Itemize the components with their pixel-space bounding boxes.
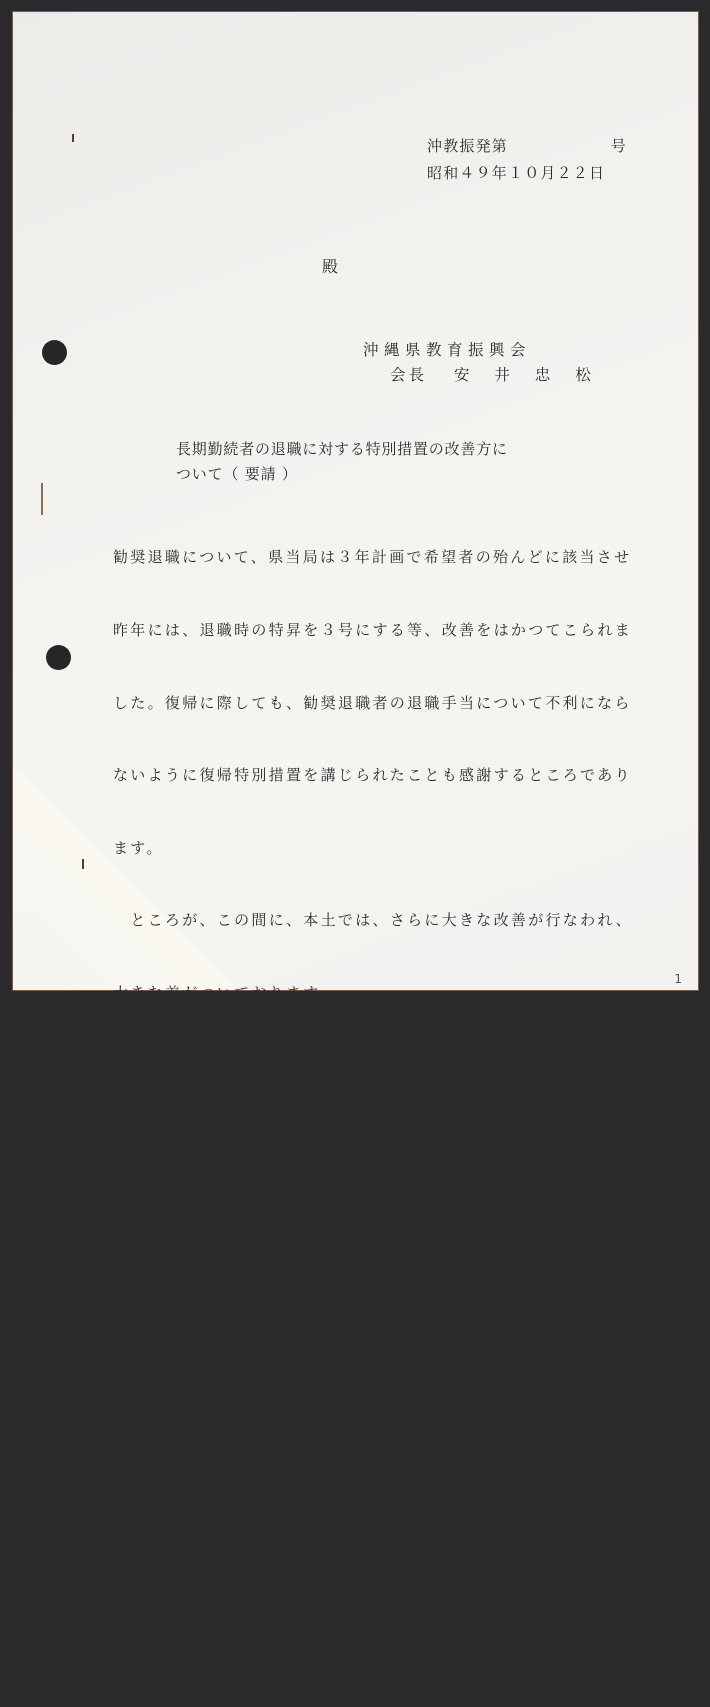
sender-organization: 沖縄県教育振興会 bbox=[363, 338, 601, 363]
body-line: ます。 bbox=[113, 836, 653, 860]
sender-block: 沖縄県教育振興会 会長 安 井 忠 松 bbox=[363, 338, 601, 388]
document-date: 昭和４９年１０月２２日 bbox=[427, 160, 605, 187]
subject-line: 長期勤続者の退職に対する特別措置の改善方に bbox=[176, 437, 508, 462]
document-page: 沖教振発第 号 昭和４９年１０月２２日 殿 沖縄県教育振興会 会長 安 井 忠 … bbox=[13, 12, 698, 990]
reference-number-suffix: 号 bbox=[611, 133, 627, 160]
document-subject: 長期勤続者の退職に対する特別措置の改善方に ついて（ 要請 ） bbox=[176, 437, 508, 487]
body-line: 大きな差がついております。 bbox=[113, 981, 653, 1000]
issuer-reference-label: 沖教振発第 bbox=[427, 133, 508, 160]
staple-mark-top bbox=[72, 134, 74, 142]
body-line: ないように復帰特別措置を講じられたことも感謝するところであり bbox=[113, 763, 653, 787]
body-line: した。復帰に際しても、勧奨退職者の退職手当について不利になら bbox=[113, 691, 653, 715]
punch-hole-bottom bbox=[46, 645, 71, 670]
sender-person: 会長 安 井 忠 松 bbox=[363, 363, 601, 388]
body-line: 昨年には、退職時の特昇を３号にする等、改善をはかつてこられま bbox=[113, 618, 653, 642]
punch-hole-top bbox=[42, 340, 67, 365]
sender-name: 安 井 忠 松 bbox=[454, 363, 601, 388]
body-line: ところが、この間に、本土では、さらに大きな改善が行なわれ、 bbox=[113, 908, 653, 932]
document-reference: 沖教振発第 号 昭和４９年１０月２２日 bbox=[427, 133, 627, 187]
document-body: 勧奨退職について、県当局は３年計画で希望者の殆んどに該当させ 昨年には、退職時の… bbox=[113, 497, 653, 1000]
sender-title: 会長 bbox=[390, 363, 427, 388]
body-line: 勧奨退職について、県当局は３年計画で希望者の殆んどに該当させ bbox=[113, 545, 653, 569]
page-number: 1 bbox=[674, 972, 682, 986]
staple-mark-middle bbox=[41, 483, 43, 515]
addressee-honorific: 殿 bbox=[322, 254, 338, 277]
staple-mark-bottom bbox=[82, 859, 84, 869]
subject-line: ついて（ 要請 ） bbox=[176, 462, 508, 487]
